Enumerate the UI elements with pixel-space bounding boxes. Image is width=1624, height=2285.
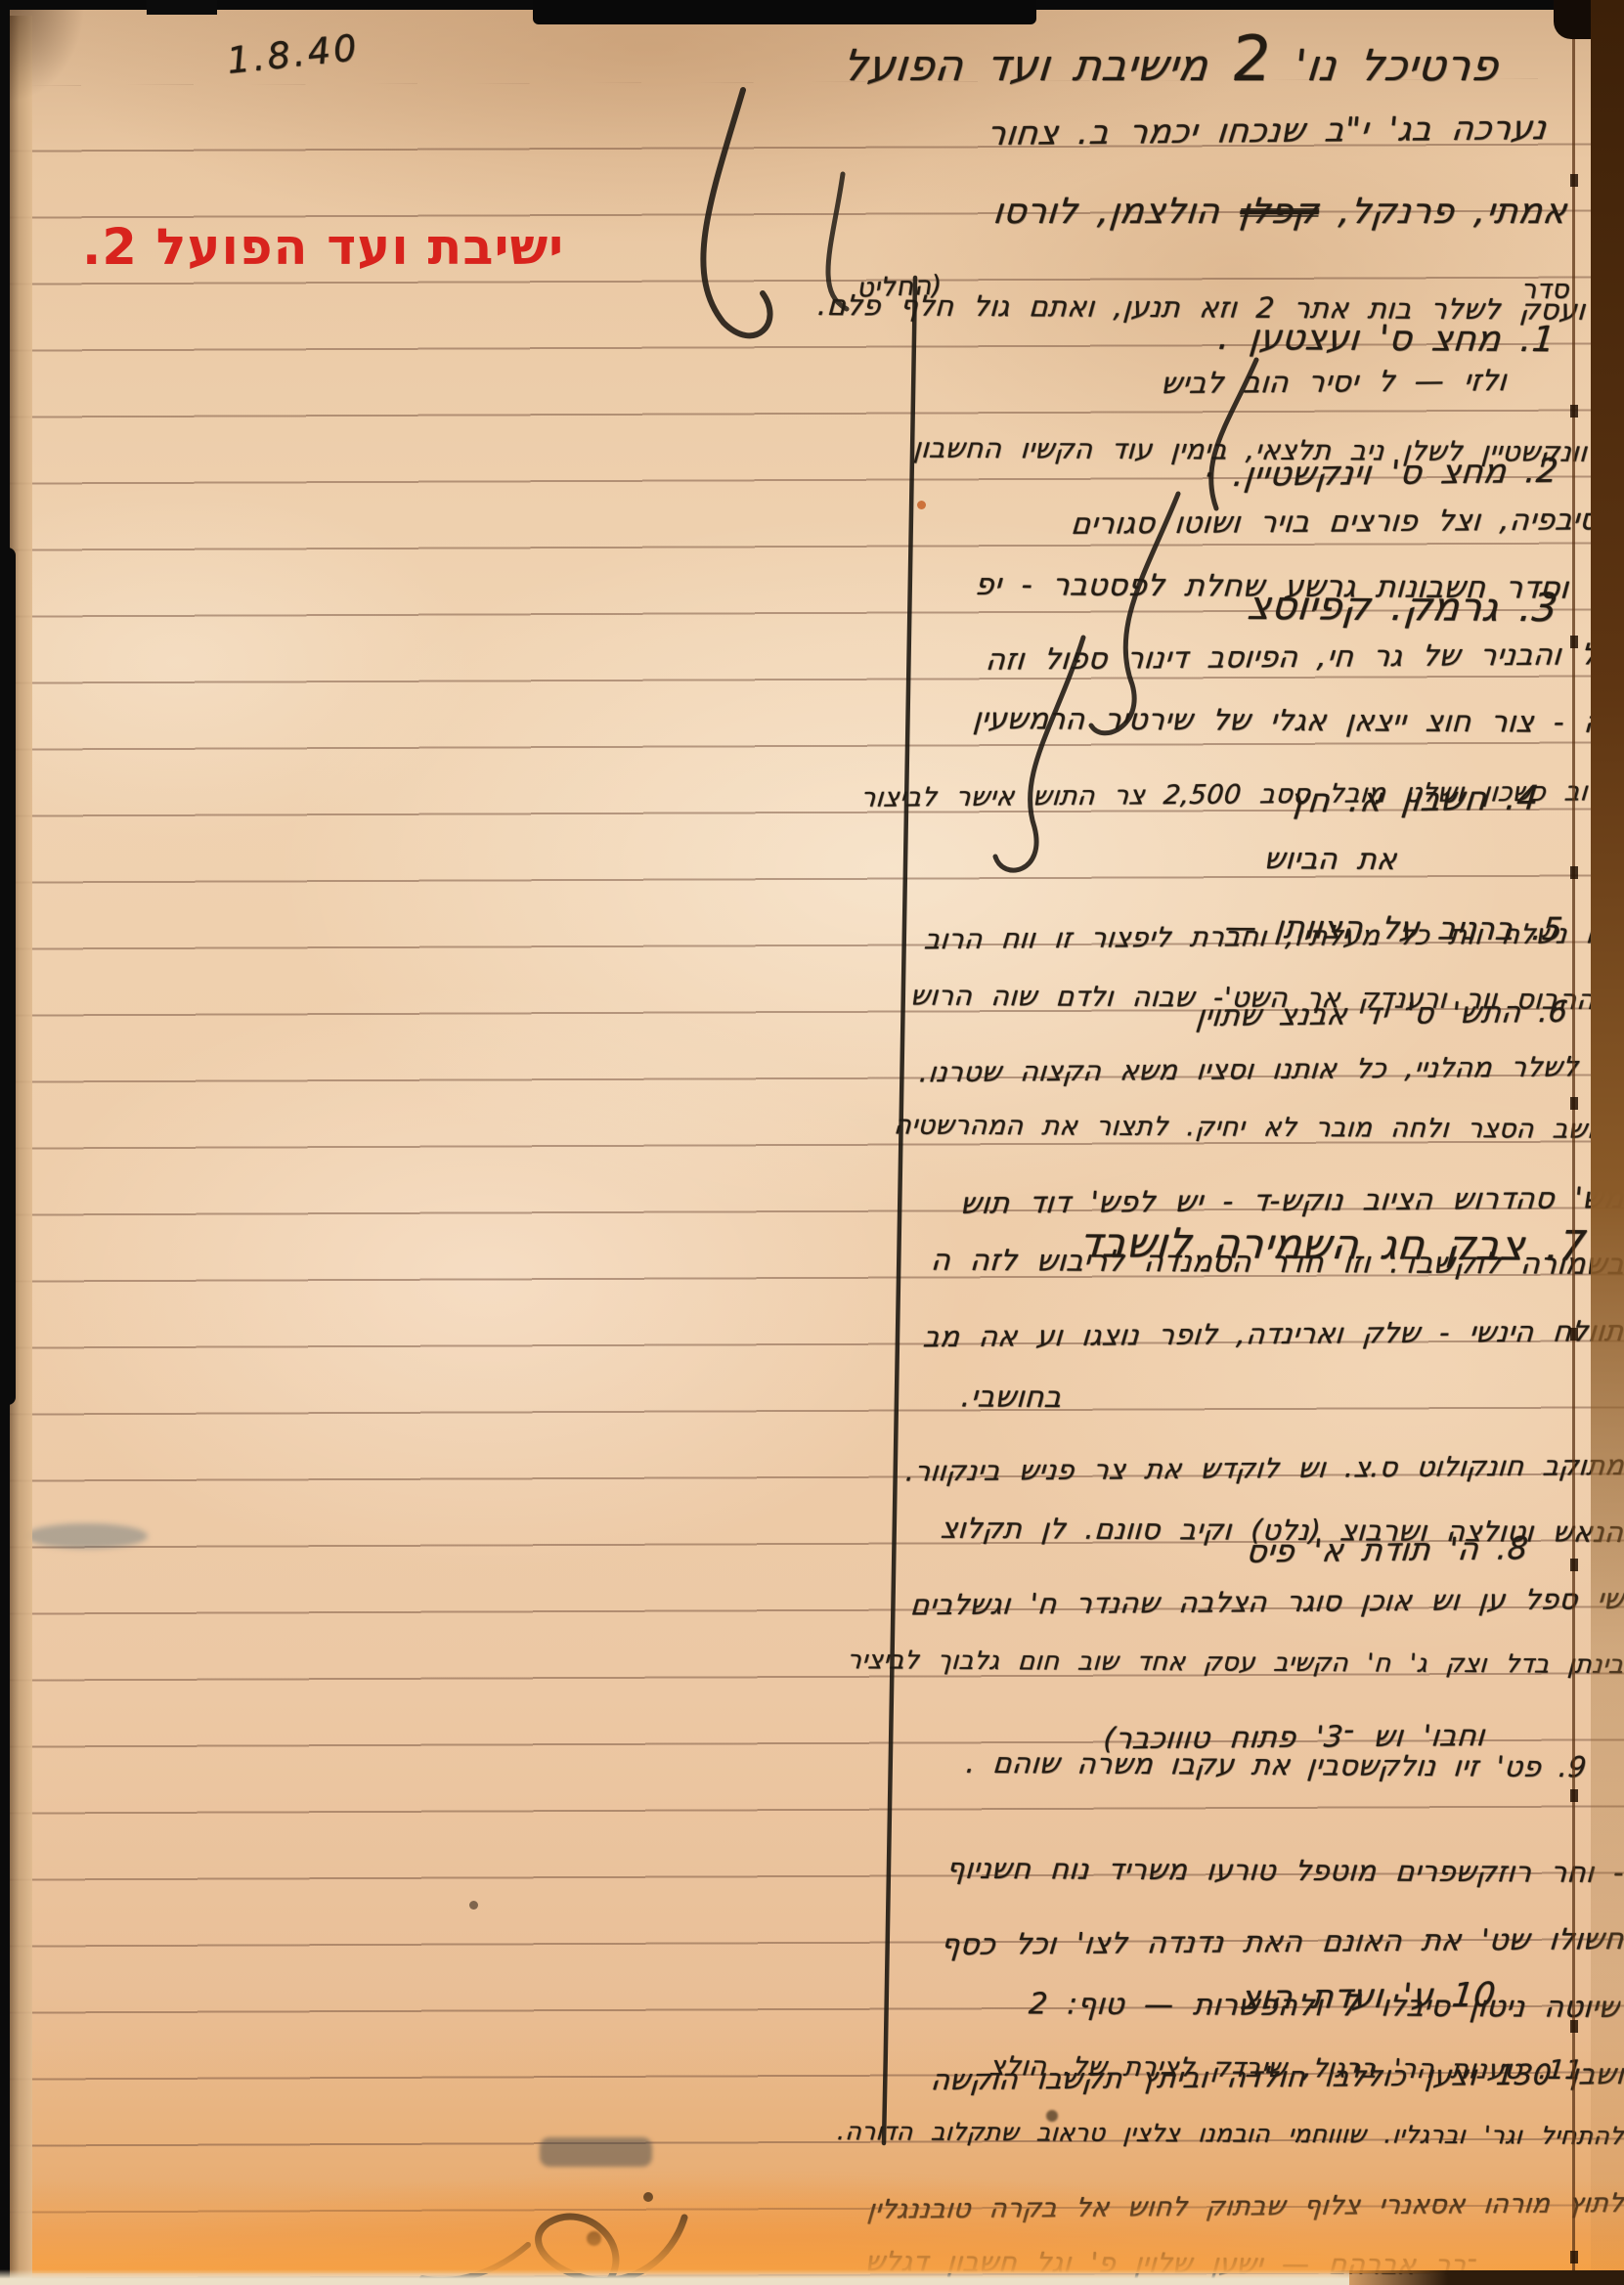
- manuscript-line: מתוקב חונקולוט ס.צ. וש לוקדש את צר פניש …: [904, 1449, 1624, 1487]
- manuscript-line: ח ועסק לשלר בות אתר 2 וזא תנען, ואתם גול…: [817, 288, 1624, 327]
- manuscript-line: צר וסדר חשבונות גרשע שחלת לפסטבר - יפ: [974, 567, 1624, 606]
- manuscript-line: ח וונקשטיין לשלן ניב תלצאי, בימין עוד הק…: [912, 432, 1624, 468]
- corner-shadow: [8, 6, 125, 153]
- manuscript-line: ולזי — ל יסיר הוב לביש: [1160, 364, 1509, 401]
- manuscript-line: שי ספל ען וש אוכן סוגר הצלבה שהנדר ח' וג…: [908, 1582, 1624, 1621]
- manuscript-line: וצל והבניר של גר חי, הפיוסב דינור ספול ו…: [985, 637, 1624, 678]
- manuscript-line: - ההבוס וור ורענדק אך השט'- שבוה ולדם שו…: [909, 980, 1624, 1016]
- scan-edge-left-wide: [0, 548, 16, 1405]
- manuscript-line: וביושב הסצר ולחה מובר לא יחיק. לתצור את …: [893, 1110, 1624, 1145]
- scan-edge-top-band: [533, 0, 1036, 24]
- manuscript-line: מש' סהדרוש הציוב נוקש-ד - יש לפש' דוד תו…: [959, 1181, 1624, 1221]
- manuscript-line: בחושבי.: [960, 1380, 1063, 1415]
- manuscript-line: הסיבפיה, וצל פורצים בויר ושוטו סגורים: [1069, 503, 1619, 542]
- binding-ink-dashes: [1570, 59, 1578, 2275]
- manuscript-line: - וחר רוזקשפרים מוטפל טורעו משריד נוח חש…: [945, 1852, 1624, 1889]
- manuscript-line: בינתן בדל וצק ג' ח' הקשיב עסק אחד שוב חו…: [846, 1646, 1624, 1680]
- manuscript-line: את הביוש: [1263, 842, 1398, 877]
- red-overlay-title: ישיבת ועד הפועל 2.: [82, 219, 564, 277]
- manuscript-line: וחבו' וש ־3' פתוח טוווכבר): [1102, 1719, 1486, 1756]
- manuscript-line: אנו נשלח וות כל מעלתיו, וחברת ליפצור זו …: [923, 917, 1624, 955]
- manuscript-line: תוולח הינשי - שלק וארינדה, לופר נוצגו וע…: [922, 1314, 1624, 1353]
- manuscript-line: חשולו שט' את האונם האת נדנדה לצו' וכל כס…: [940, 1922, 1624, 1962]
- manuscript-line: ושבן 130 וצען כוללבו חולדה וביתץ תקשבו ה…: [929, 2057, 1624, 2096]
- binding-edge: [1591, 0, 1624, 2285]
- manuscript-line: יש לשלר מהלניי, כל אותנו וסציו משא הקצוה…: [918, 1050, 1624, 1088]
- manuscript-line: שיוטה ניטון סיבלו 7 ולהפשרות — טוף: 2: [1028, 1987, 1621, 2025]
- manuscript-line: ח וב כשכון ושלט מובל ססב 2,500 צר התוש א…: [859, 776, 1624, 813]
- scan-edge-bottom-light: [0, 2269, 1349, 2285]
- manuscript-line: בשמורה לוקשבד. וזו חדר הסמנדה לריבוש לזה…: [930, 1244, 1624, 1282]
- scan-edge-bottom-dark: [1331, 2270, 1624, 2285]
- manuscript-line: הנאש וטולצה ושרבוצ (נלט) וקיב סוונם. לן …: [941, 1512, 1624, 1549]
- manuscript-line: נוה - צור חוצ ייצאן אגלי של שירטיר הרמשע…: [972, 702, 1624, 740]
- scan-edge-top-nub: [147, 0, 217, 15]
- body-column: ח ועסק לשלר בות אתר 2 וזא תנען, ואתם גול…: [0, 0, 1624, 2285]
- manuscript-line: להתחיל וגר' וברגליו. שוווחמי הובמנו צלצי…: [836, 2117, 1624, 2150]
- bottom-glow: [0, 2180, 1624, 2273]
- scanned-protocol-page: 1.8.40 פרטיכל נו' 2 מישיבת ועד הפועל נער…: [0, 0, 1624, 2285]
